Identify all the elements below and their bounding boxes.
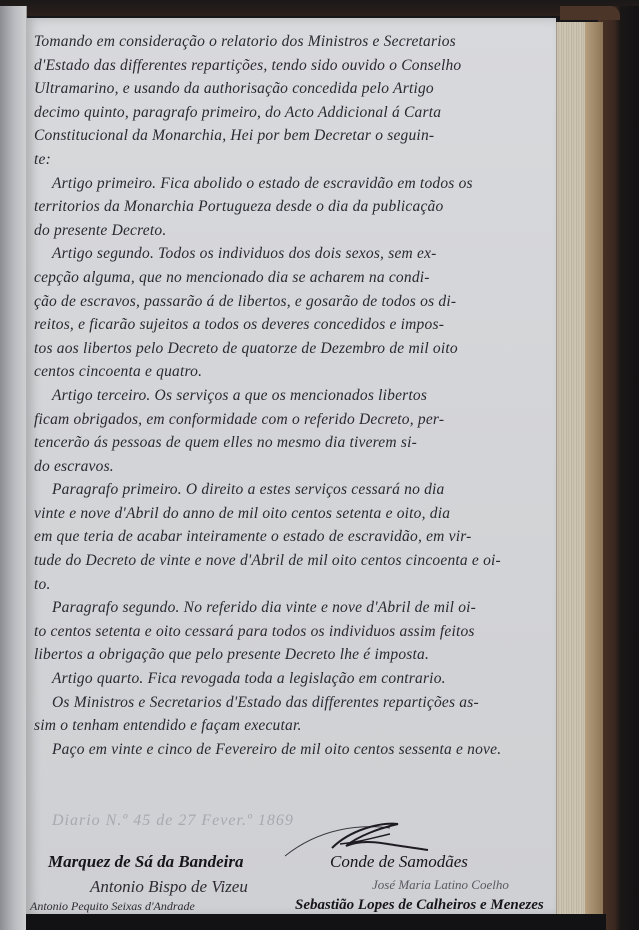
signature-conde-de-samodaes: Conde de Samodães: [330, 852, 468, 872]
text-line: decimo quinto, paragrafo primeiro, do Ac…: [34, 101, 554, 125]
text-line: do presente Decreto.: [34, 219, 554, 243]
text-line: Constitucional da Monarchia, Hei por bem…: [34, 124, 554, 148]
signature-pequito-seixas: Antonio Pequito Seixas d'Andrade: [30, 899, 195, 914]
text-line: sim o tenham entendido e façam executar.: [34, 714, 554, 738]
paragraph-2-heading: Paragrafo segundo. No referido dia vinte…: [34, 596, 554, 620]
text-line: to.: [34, 573, 554, 597]
decree-body: Tomando em consideração o relatorio dos …: [34, 30, 554, 761]
signature-calheiros-e-menezes: Sebastião Lopes de Calheiros e Menezes: [295, 897, 544, 914]
text-line: to centos setenta e oito cessará para to…: [34, 620, 554, 644]
article-3-heading: Artigo terceiro. Os serviços a que os me…: [34, 384, 554, 408]
signature-bispo-de-vizeu: Antonio Bispo de Vizeu: [90, 877, 248, 897]
text-line: em que teria de acabar inteiramente o es…: [34, 525, 554, 549]
text-line: te:: [34, 148, 554, 172]
text-line: vinte e nove d'Abril do anno de mil oito…: [34, 502, 554, 526]
dating-clause: Paço em vinte e cinco de Fevereiro de mi…: [34, 738, 554, 762]
text-line: Ultramarino, e usando da authorisação co…: [34, 77, 554, 101]
text-line: d'Estado das differentes repartições, te…: [34, 54, 554, 78]
text-line: tude do Decreto de vinte e nove d'Abril …: [34, 549, 554, 573]
text-line: ção de escravos, passarão á de libertos,…: [34, 290, 554, 314]
pencil-annotation: Diario N.º 45 de 27 Fever.º 1869: [52, 812, 294, 830]
left-page-edge: [0, 6, 27, 930]
text-line: reitos, e ficarão sujeitos a todos os de…: [34, 313, 554, 337]
article-2-heading: Artigo segundo. Todos os individuos dos …: [34, 242, 554, 266]
text-line: libertos a obrigação que pelo presente D…: [34, 643, 554, 667]
book-cover-right: [598, 6, 639, 930]
text-line: tencerão ás pessoas de quem elles no mes…: [34, 431, 554, 455]
text-line: territorios da Monarchia Portugueza desd…: [34, 195, 554, 219]
page-bottom-shadow: [26, 914, 606, 930]
text-line: cepção alguma, que no mencionado dia se …: [34, 266, 554, 290]
article-4-heading: Artigo quarto. Fica revogada toda a legi…: [34, 667, 554, 691]
book-cover-top: [0, 0, 639, 16]
text-line: do escravos.: [34, 455, 554, 479]
page-edges-stack: [556, 22, 603, 916]
paragraph-1-heading: Paragrafo primeiro. O direito a estes se…: [34, 478, 554, 502]
text-line: Os Ministros e Secretarios d'Estado das …: [34, 691, 554, 715]
text-line: tos aos libertos pelo Decreto de quatorz…: [34, 337, 554, 361]
signature-sa-da-bandeira: Marquez de Sá da Bandeira: [48, 852, 244, 872]
text-line: ficam obrigados, em conformidade com o r…: [34, 408, 554, 432]
scanned-book-spread: Tomando em consideração o relatorio dos …: [0, 0, 639, 930]
text-line: Tomando em consideração o relatorio dos …: [34, 30, 554, 54]
text-line: centos cincoenta e quatro.: [34, 360, 554, 384]
article-1-heading: Artigo primeiro. Fica abolido o estado d…: [34, 172, 554, 196]
book-cover-corner: [560, 6, 620, 20]
signature-latino-coelho: José Maria Latino Coelho: [372, 877, 509, 893]
